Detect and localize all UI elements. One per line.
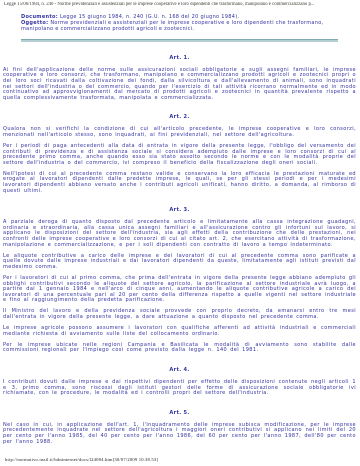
articles: Art. 1. Ai fini dell'applicazione delle … [3, 55, 356, 445]
article-section: Art. 3. A parziale deroga di quanto disp… [3, 207, 356, 354]
article-section: Art. 2. Qualora non si verifichi la cond… [3, 114, 356, 194]
print-header-title: Legge 15/06/1984, n. 240 - Norme previde… [4, 2, 356, 8]
article-title: Art. 5. [3, 410, 356, 416]
article-paragraphs: A parziale deroga di quanto disposto dal… [3, 220, 356, 354]
article-paragraph: Per i periodi di paga antecedenti alla d… [3, 144, 356, 166]
article-paragraph: Nel caso in cui, in applicazione dell'ar… [3, 423, 356, 445]
article-paragraph: Ai fini dell'applicazione delle norme su… [3, 68, 356, 102]
article-section: Art. 1. Ai fini dell'applicazione delle … [3, 55, 356, 102]
page: Legge 15/06/1984, n. 240 - Norme previde… [0, 0, 360, 466]
article-paragraphs: Ai fini dell'applicazione delle norme su… [3, 68, 356, 102]
article-paragraph: Il Ministro del lavoro e della previdenz… [3, 309, 356, 320]
article-title: Art. 4. [3, 367, 356, 373]
article-section: Art. 5. Nel caso in cui, in applicazione… [3, 410, 356, 445]
oggetto-line: Oggetto: Norme previdenziali e assistenz… [21, 21, 338, 33]
article-paragraph: Le imprese agricole possono assumere i l… [3, 326, 356, 337]
article-paragraph: A parziale deroga di quanto disposto dal… [3, 220, 356, 248]
article-section: Art. 4. I contributi dovuti dalle impres… [3, 367, 356, 397]
article-paragraph: Nell'ipotesi di cui al precedente comma … [3, 172, 356, 194]
article-title: Art. 2. [3, 114, 356, 120]
article-paragraph: Le aliquote contributive a carico delle … [3, 254, 356, 271]
document-body: Documento: Legge 15 giugno 1984, n. 240 … [3, 15, 356, 451]
article-paragraphs: I contributi dovuti dalle imprese e dai … [3, 380, 356, 397]
document-header: Documento: Legge 15 giugno 1984, n. 240 … [21, 15, 338, 33]
article-paragraphs: Qualora non si verifichi la condizione d… [3, 127, 356, 194]
print-footer-url: http://normativo.inail.it/bdninternet/do… [5, 457, 158, 463]
article-paragraph: Per le imprese ubicate nelle regioni Cam… [3, 343, 356, 354]
article-title: Art. 1. [3, 55, 356, 61]
article-paragraph: I contributi dovuti dalle imprese e dai … [3, 380, 356, 397]
article-paragraph: Qualora non si verifichi la condizione d… [3, 127, 356, 138]
article-paragraph: Per i lavoratori di cui al primo comma, … [3, 276, 356, 304]
oggetto-value: Norme previdenziali e assistenziali per … [21, 20, 323, 32]
header-divider [21, 39, 338, 42]
article-paragraphs: Nel caso in cui, in applicazione dell'ar… [3, 423, 356, 445]
article-title: Art. 3. [3, 207, 356, 213]
